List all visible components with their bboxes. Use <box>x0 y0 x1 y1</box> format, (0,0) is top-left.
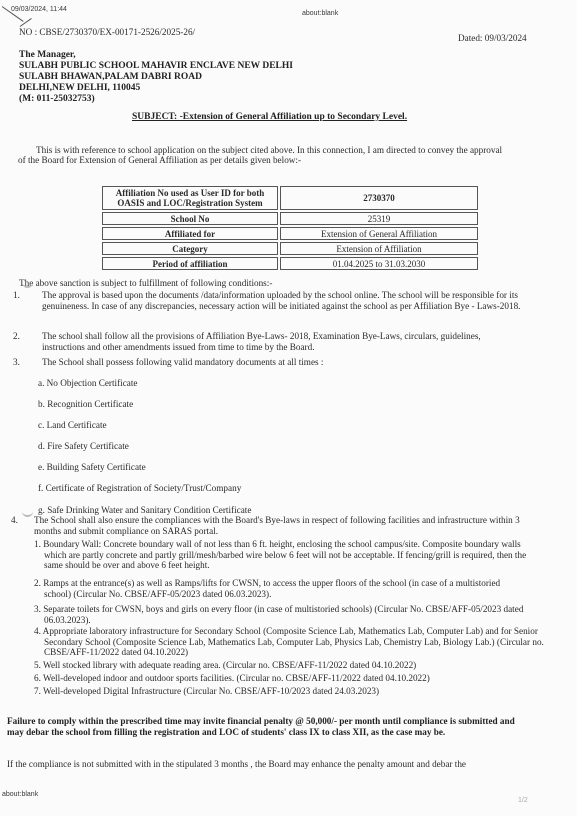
list-item: 3. Separate toilets for CWSN, boys and g… <box>34 604 524 625</box>
list-item: e. Building Safety Certificate <box>38 462 146 472</box>
table-label: Affiliation No used as User ID for both … <box>102 186 278 210</box>
list-item: b. Recognition Certificate <box>38 399 133 409</box>
addressee-line: The Manager, <box>19 50 293 61</box>
penalty-notice: Failure to comply within the prescribed … <box>7 716 527 737</box>
table-row: Affiliated for Extension of General Affi… <box>102 227 478 240</box>
intro-line-1: This is with reference to school applica… <box>36 145 502 156</box>
table-row: Category Extension of Affiliation <box>102 242 478 255</box>
letter-subject: SUBJECT: -Extension of General Affiliati… <box>132 112 407 122</box>
addressee-line: DELHI,NEW DELHI, 110045 <box>19 83 293 94</box>
list-item: 2. Ramps at the entrance(s) as well as R… <box>34 578 524 599</box>
print-page-number: 1/2 <box>518 797 528 804</box>
addressee-line: SULABH BHAWAN,PALAM DABRI ROAD <box>19 72 293 83</box>
list-item: 5. Well stocked library with adequate re… <box>34 660 554 671</box>
table-value: 25319 <box>280 212 478 225</box>
list-item: f. Certificate of Registration of Societ… <box>38 483 241 493</box>
table-row: School No 25319 <box>102 212 478 225</box>
condition-text: The approval is based upon the documents… <box>42 290 552 311</box>
table-label: Category <box>102 242 278 255</box>
print-footer-url: about:blank <box>2 791 38 798</box>
table-label: Period of affiliation <box>102 257 278 270</box>
addressee-block: The Manager, SULABH PUBLIC SCHOOL MAHAVI… <box>19 50 293 105</box>
list-item: g. Safe Drinking Water and Sanitary Cond… <box>38 505 251 515</box>
conditions-intro: The above sanction is subject to fulfill… <box>19 278 272 289</box>
table-row: Affiliation No used as User ID for both … <box>102 186 478 210</box>
reference-number: NO : CBSE/2730370/EX-00171-2526/2025-26/ <box>19 27 195 38</box>
list-item: 1. Boundary Wall: Concrete boundary wall… <box>34 539 544 571</box>
table-label: School No <box>102 212 278 225</box>
letter-date: Dated: 09/03/2024 <box>458 33 527 44</box>
table-value: 01.04.2025 to 31.03.2030 <box>280 257 478 270</box>
table-label: Affiliated for <box>102 227 278 240</box>
list-item: d. Fire Safety Certificate <box>38 441 129 451</box>
addressee-line: (M: 011-25032753) <box>19 94 293 105</box>
affiliation-details-table: Affiliation No used as User ID for both … <box>100 184 480 272</box>
condition-number: 3. <box>13 357 27 368</box>
table-value: Extension of Affiliation <box>280 242 478 255</box>
condition-text: The School shall possess following valid… <box>42 357 323 368</box>
final-paragraph: If the compliance is not submitted with … <box>7 759 466 770</box>
condition-number: 2. <box>13 331 27 342</box>
condition-text: The school shall follow all the provisio… <box>42 331 522 352</box>
condition-number: 1. <box>13 290 27 301</box>
print-url: about:blank <box>302 10 338 17</box>
list-item: 4. Appropriate laboratory infrastructure… <box>34 626 544 658</box>
list-item: 7. Well-developed Digital Infrastructure… <box>34 686 554 697</box>
condition-text: The School shall also ensure the complia… <box>34 515 529 536</box>
table-row: Period of affiliation 01.04.2025 to 31.0… <box>102 257 478 270</box>
condition-number: 4. <box>11 515 25 526</box>
list-item: a. No Objection Certificate <box>38 378 138 388</box>
list-item: 6. Well-developed indoor and outdoor spo… <box>34 673 554 684</box>
table-value: 2730370 <box>280 186 478 210</box>
addressee-line: SULABH PUBLIC SCHOOL MAHAVIR ENCLAVE NEW… <box>19 61 293 72</box>
list-item: c. Land Certificate <box>38 420 107 430</box>
print-timestamp: 09/03/2024, 11:44 <box>11 6 67 13</box>
intro-line-2: of the Board for Extension of General Af… <box>18 155 301 166</box>
table-value: Extension of General Affiliation <box>280 227 478 240</box>
